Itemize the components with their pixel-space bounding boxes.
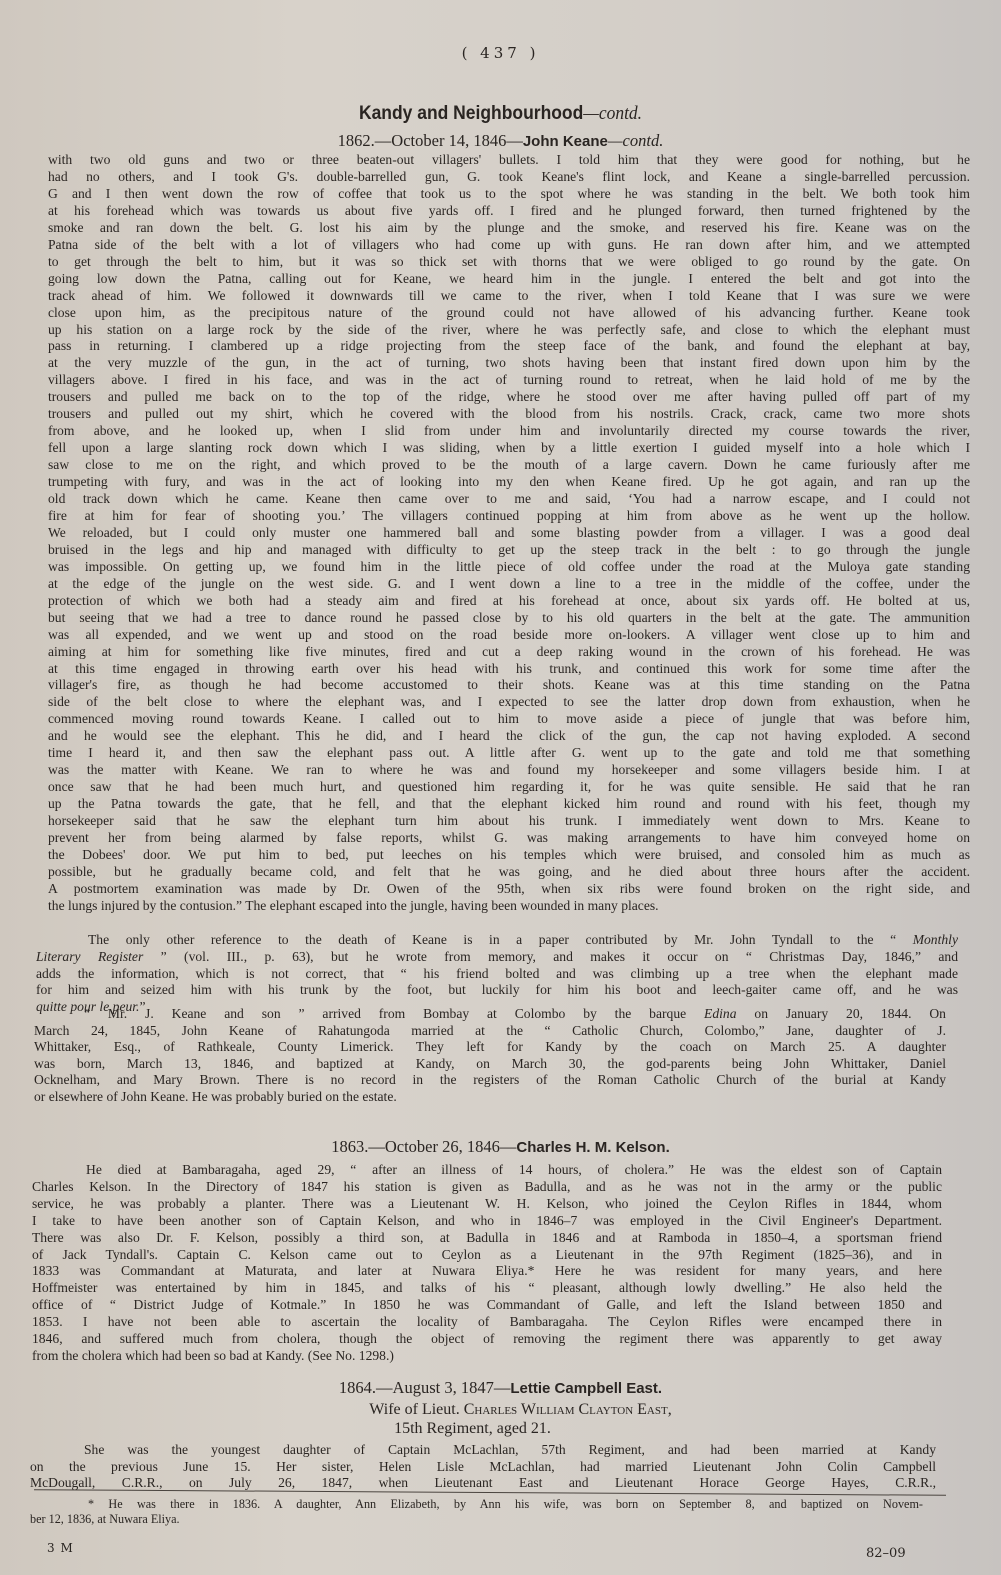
text-line: We reloaded, but I could only muster one… (48, 525, 970, 541)
document-page: ( 437 ) Kandy and Neighbourhood—contd. 1… (0, 0, 1001, 1575)
text-line: the lungs injured by the contusion.” The… (48, 898, 659, 914)
text-line: close upon him, as the precipitous natur… (48, 305, 970, 321)
subheading-name: Charles William Clayton East, (464, 1401, 672, 1418)
text-line: 1833 was Commandant at Maturata, and lat… (32, 1263, 942, 1279)
text-line: trumpeting with fury, and was in the act… (48, 474, 970, 490)
text-line: G and I then went down the row of coffee… (48, 186, 970, 202)
text-line: going low down the Patna, calling out fo… (48, 271, 970, 287)
text-line: at the edge of the jungle on the west si… (48, 576, 970, 592)
text-line: ber 12, 1836, at Nuwara Eliya. (30, 1511, 180, 1527)
text-line: There was also Dr. F. Kelson, possibly a… (32, 1230, 942, 1246)
print-code: 82–09 (866, 1546, 906, 1561)
entry-heading-name: Lettie Campbell East. (510, 1380, 662, 1397)
text-line: She was the youngest daughter of Captain… (84, 1442, 936, 1458)
text-line: from the cholera which had been so bad a… (32, 1348, 394, 1364)
text-line: smoke and ran down the belt. G. lost his… (48, 220, 970, 236)
text-line: I take to have been another son of Capta… (32, 1213, 942, 1229)
text-line: prevent her from being alarmed by false … (48, 830, 970, 846)
text-line: Patna side of the belt with a lot of vil… (48, 237, 970, 253)
signature-mark: 3 M (47, 1541, 74, 1555)
text-line: was all expended, and we went up and sto… (48, 627, 970, 643)
entry-heading-date: 1862.—October 14, 1846— (338, 131, 523, 150)
page-title-suffix: —contd. (583, 103, 642, 124)
text-line: protection of which we both had a steady… (48, 593, 970, 609)
text-line: The only other reference to the death of… (88, 932, 958, 948)
text-line: McDougall, C.R.R., on July 26, 1847, whe… (30, 1475, 936, 1491)
text-line: but seeing that we had a tree to dance r… (48, 610, 970, 626)
text-line: A postmortem examination was made by Dr.… (48, 881, 970, 897)
text-line: Charles Kelson. In the Directory of 1847… (32, 1179, 942, 1195)
text-line: pass in returning. I clambered up a ridg… (48, 338, 970, 354)
text-line: villagers above. I fired in his face, an… (48, 372, 970, 388)
entry-heading-date: 1864.—August 3, 1847— (339, 1378, 510, 1397)
text-line: Ocknelham, and Mary Brown. There is no r… (34, 1072, 946, 1088)
entry-heading-1863: 1863.—October 26, 1846—Charles H. M. Kel… (0, 1137, 1001, 1157)
text-line: * He was there in 1836. A daughter, Ann … (88, 1496, 923, 1512)
text-line: adds the information, which is not corre… (36, 966, 958, 982)
text-line: time I heard it, and then saw the elepha… (48, 745, 970, 761)
text-line: and he would see the elephant. This he d… (48, 728, 970, 744)
text-line: had no others, and I took G's. double-ba… (48, 169, 970, 185)
text-line: was the matter with Keane. We ran to whe… (48, 762, 970, 778)
text-line: saw close to me on the right, and which … (48, 457, 970, 473)
text-line: Whittaker, Esq., of Rathkeale, County Li… (34, 1039, 946, 1055)
text-line: office of “ District Judge of Kotmale.” … (32, 1297, 942, 1313)
text-line: on the previous June 15. Her sister, Hel… (30, 1459, 936, 1475)
entry-heading-name: Charles H. M. Kelson. (516, 1139, 669, 1156)
text-line: old track down which he came. Keane then… (48, 491, 970, 507)
entry-subheading-regiment: 15th Regiment, aged 21. (0, 1420, 973, 1438)
text-line: up his station on a large rock by the si… (48, 322, 970, 338)
text-line: of Jack Tyndall's. Captain C. Kelson cam… (32, 1247, 942, 1263)
text-line: up the Patna towards the gate, that he f… (48, 796, 970, 812)
text-line: was impossible. On getting up, we found … (48, 559, 970, 575)
text-line: commenced moving round towards Keane. I … (48, 711, 970, 727)
text-line: March 24, 1845, John Keane of Rahatungod… (34, 1023, 946, 1039)
page-number: ( 437 ) (0, 44, 1001, 62)
text-line: fell upon a large slanting rock down whi… (48, 440, 970, 456)
text-line: possible, but he gradually became cold, … (48, 864, 970, 880)
text-line: was born, March 13, 1846, and baptized a… (34, 1056, 946, 1072)
text-line: to get through the belt to him, but it w… (48, 254, 970, 270)
text-line: or elsewhere of John Keane. He was proba… (34, 1089, 397, 1105)
text-line: He died at Bambaragaha, aged 29, “ after… (86, 1162, 942, 1178)
text-line: horsekeeper said that he saw the elephan… (48, 813, 970, 829)
text-line: at his forehead which was towards us abo… (48, 203, 970, 219)
text-line: trousers and pulled me back on to the to… (48, 389, 970, 405)
entry-heading-1862: 1862.—October 14, 1846—John Keane—contd. (0, 131, 1001, 151)
text-line: villager's fire, as though he had become… (48, 677, 970, 693)
text-line: Literary Register ” (vol. III., p. 63), … (36, 949, 958, 965)
text-line: the Dobees' door. We put him to bed, put… (48, 847, 970, 863)
entry-subheading-husband: Wife of Lieut. Charles William Clayton E… (20, 1401, 1001, 1419)
text-line: service, he was probably a planter. Ther… (32, 1196, 942, 1212)
page-title-text: Kandy and Neighbourhood (359, 103, 583, 124)
text-line: once saw that he had been much hurt, and… (48, 779, 970, 795)
text-line: bruised in the legs and hip and managed … (48, 542, 970, 558)
text-line: at this time engaged in throwing earth o… (48, 661, 970, 677)
entry-heading-1864: 1864.—August 3, 1847—Lettie Campbell Eas… (0, 1378, 1001, 1398)
text-line: side of the belt close to where the elep… (48, 694, 970, 710)
text-line: trousers and pulled out my shirt, which … (48, 406, 970, 422)
text-line: track ahead of him. We followed it downw… (48, 288, 970, 304)
text-line: “ Mr. J. Keane and son ” arrived from Bo… (84, 1006, 946, 1022)
text-line: for him and seized him with his trunk by… (36, 982, 958, 998)
text-line: aiming at him for something like five mi… (48, 644, 970, 660)
entry-heading-name: John Keane (523, 133, 608, 150)
text-line: from above, and he looked up, when I sli… (48, 423, 970, 439)
text-line: with two old guns and two or three beate… (48, 152, 970, 168)
text-line: at the very muzzle of the gun, in the ac… (48, 355, 970, 371)
entry-heading-suffix: —contd. (608, 131, 663, 150)
text-line: 1853. I have not been able to ascertain … (32, 1314, 942, 1330)
entry-heading-date: 1863.—October 26, 1846— (331, 1137, 516, 1156)
subheading-prefix: Wife of Lieut. (369, 1401, 463, 1418)
text-line: 1846, and suffered much from cholera, th… (32, 1331, 942, 1347)
page-title: Kandy and Neighbourhood—contd. (40, 103, 961, 125)
text-line: fire at him for fear of shooting you.’ T… (48, 508, 970, 524)
text-line: Hoffmeister was entertained by him in 18… (32, 1280, 942, 1296)
